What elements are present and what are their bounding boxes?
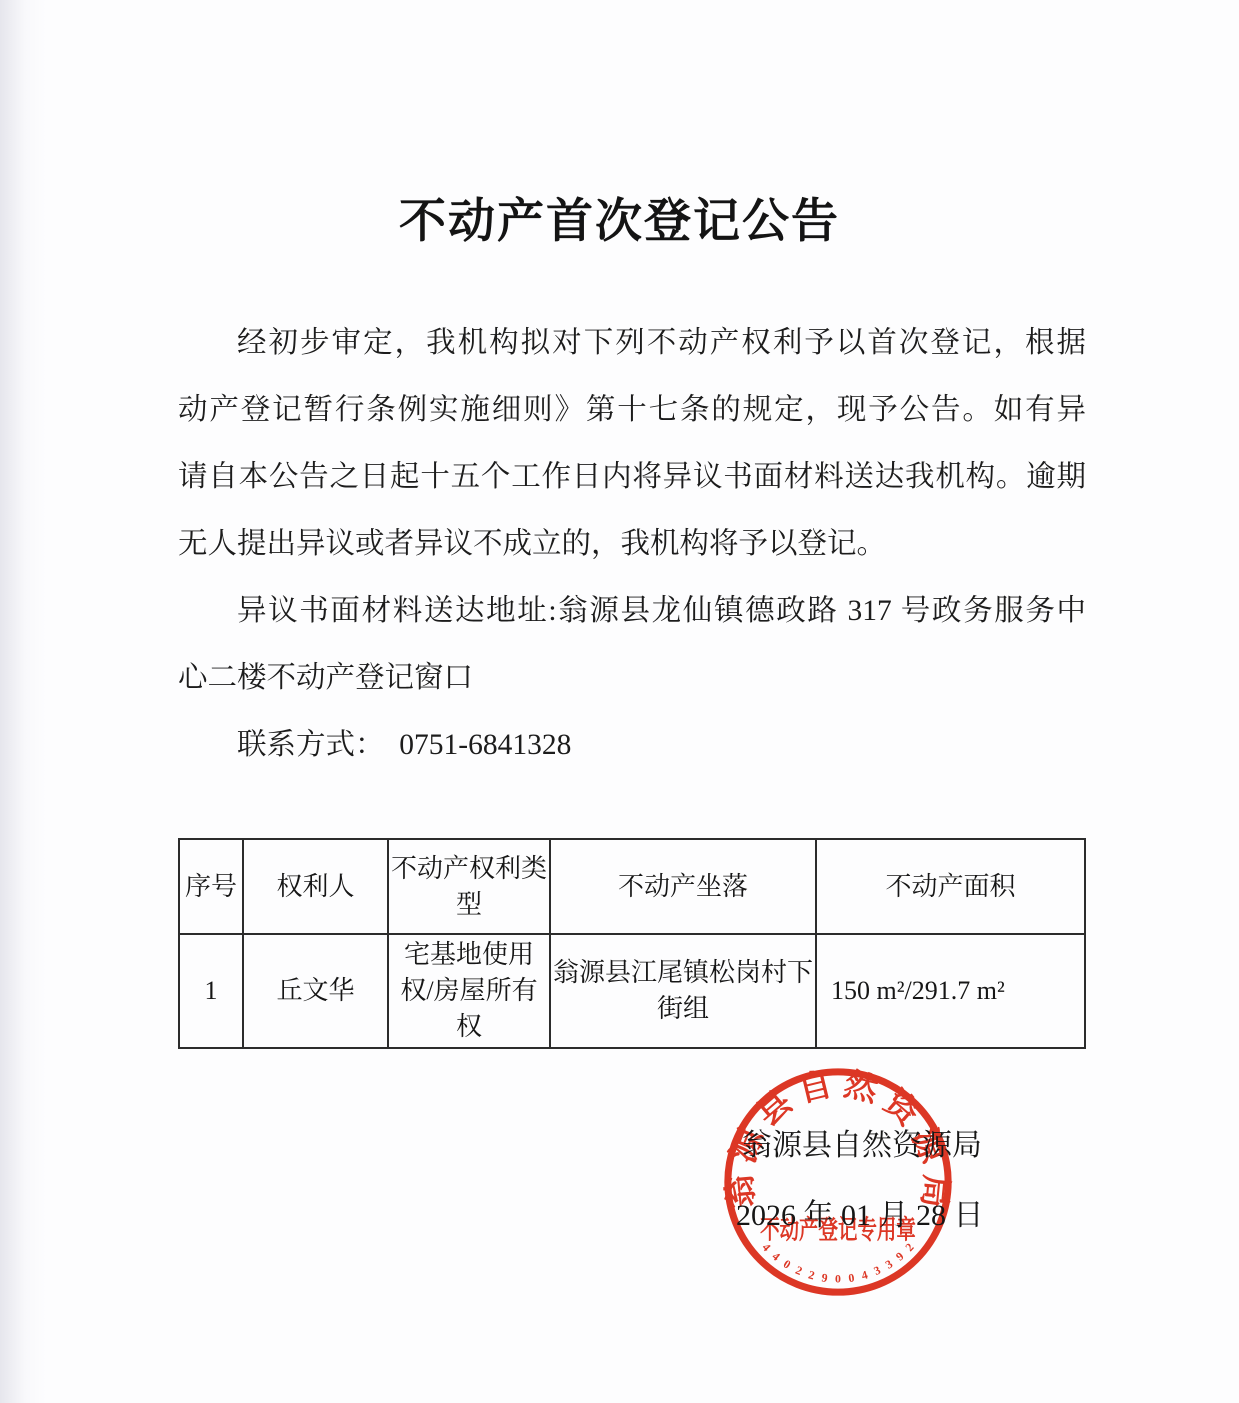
seal-ring <box>728 1072 948 1292</box>
body-line: 无人提出异议或者异议不成立的，我机构将予以登记。 <box>178 511 1086 578</box>
cell-area: 150 m²/291.7 m² <box>816 934 1085 1048</box>
header-area: 不动产面积 <box>816 839 1085 934</box>
cell-owner: 丘文华 <box>243 934 388 1048</box>
signature-date: 2026 年 01 月 28 日 <box>736 1190 984 1234</box>
cell-right-type: 宅基地使用权/房屋所有权 <box>388 934 550 1048</box>
registration-table: 序号 权利人 不动产权利类型 不动产坐落 不动产面积 1 丘文华 宅基地使用权/… <box>178 838 1086 1049</box>
body-line-address: 心二楼不动产登记窗口 <box>178 645 1086 712</box>
svg-text:4402290043392: 4402290043392 <box>759 1240 916 1285</box>
page-title: 不动产首次登记公告 <box>0 184 1239 251</box>
table-row: 1 丘文华 宅基地使用权/房屋所有权 翁源县江尾镇松岗村下街组 150 m²/2… <box>179 934 1085 1048</box>
header-right-type: 不动产权利类型 <box>388 839 550 934</box>
body-line: 请自本公告之日起十五个工作日内将异议书面材料送达我机构。逾期 <box>178 444 1086 511</box>
body-line: 动产登记暂行条例实施细则》第十七条的规定，现予公告。如有异议， <box>178 377 1086 444</box>
announcement-body: 经初步审定，我机构拟对下列不动产权利予以首次登记，根据《不 动产登记暂行条例实施… <box>178 310 1086 779</box>
document-page: 不动产首次登记公告 经初步审定，我机构拟对下列不动产权利予以首次登记，根据《不 … <box>0 0 1239 1403</box>
seal-code-arc: 4402290043392 <box>759 1240 916 1285</box>
header-owner: 权利人 <box>243 839 388 934</box>
body-line-contact: 联系方式： 0751-6841328 <box>178 712 1086 779</box>
cell-location: 翁源县江尾镇松岗村下街组 <box>550 934 816 1048</box>
table-header-row: 序号 权利人 不动产权利类型 不动产坐落 不动产面积 <box>179 839 1085 934</box>
signature-org: 翁源县自然资源局 <box>742 1120 982 1164</box>
header-seq: 序号 <box>179 839 243 934</box>
official-seal: 翁源县自然资源局 不动产登记专用章 4402290043392 <box>720 1064 956 1300</box>
cell-seq: 1 <box>179 934 243 1048</box>
body-line-address: 异议书面材料送达地址:翁源县龙仙镇德政路 317 号政务服务中 <box>178 578 1086 645</box>
header-location: 不动产坐落 <box>550 839 816 934</box>
body-line: 经初步审定，我机构拟对下列不动产权利予以首次登记，根据《不 <box>178 310 1086 377</box>
